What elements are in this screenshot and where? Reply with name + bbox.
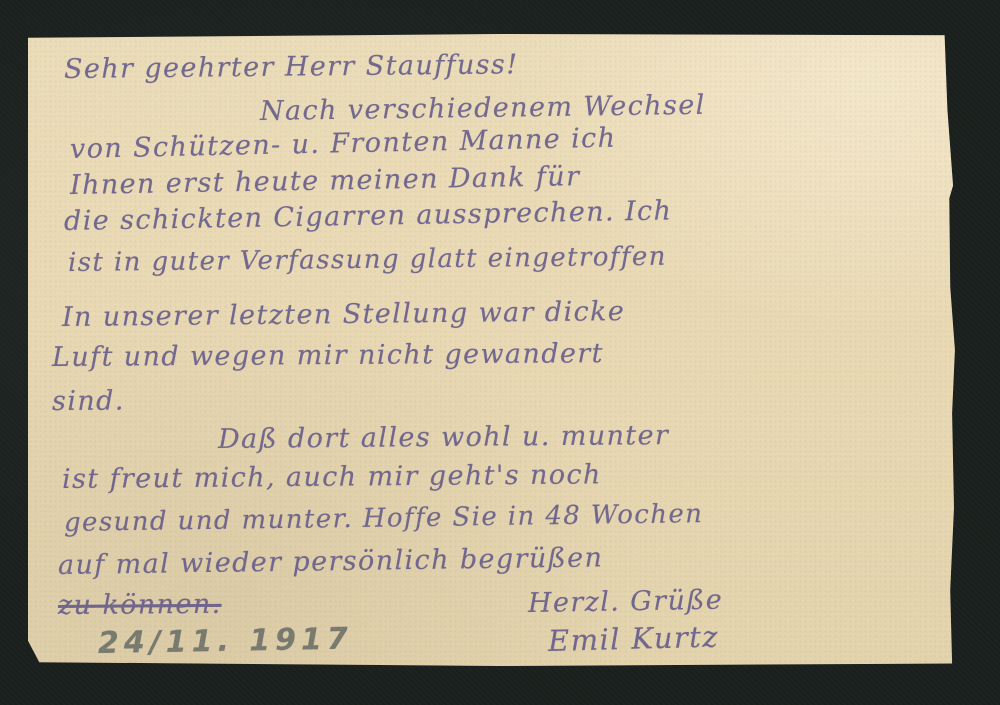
body-line-4: die schickten Cigarren aussprechen. Ich (64, 195, 673, 237)
postcard: Sehr geehrter Herr Stauffuss! Nach versc… (28, 34, 970, 666)
closing-greeting: Herzl. Grüße (528, 585, 724, 619)
body-line-13: zu können. (58, 589, 222, 621)
body-line-10: ist freut mich, auch mir geht's noch (62, 459, 602, 495)
date-pencil: 24/11. 1917 (98, 622, 353, 661)
body-line-8: sind. (52, 385, 125, 417)
body-line-11: gesund und munter. Hoffe Sie in 48 Woche… (64, 499, 704, 538)
body-line-1: Nach verschiedenem Wechsel (260, 90, 706, 127)
signature: Emil Kurtz (548, 620, 720, 658)
body-line-6: In unserer letzten Stellung war dicke (62, 296, 626, 333)
salutation: Sehr geehrter Herr Stauffuss! (64, 49, 519, 85)
body-line-12: auf mal wieder persönlich begrüßen (58, 542, 604, 581)
body-line-9: Daß dort alles wohl u. munter (218, 420, 670, 455)
body-line-3: Ihnen erst heute meinen Dank für (70, 161, 581, 201)
body-line-2: von Schützen- u. Fronten Manne ich (70, 123, 617, 165)
body-line-5: ist in guter Verfassung glatt eingetroff… (68, 242, 667, 278)
body-line-7: Luft und wegen mir nicht gewandert (52, 338, 604, 373)
